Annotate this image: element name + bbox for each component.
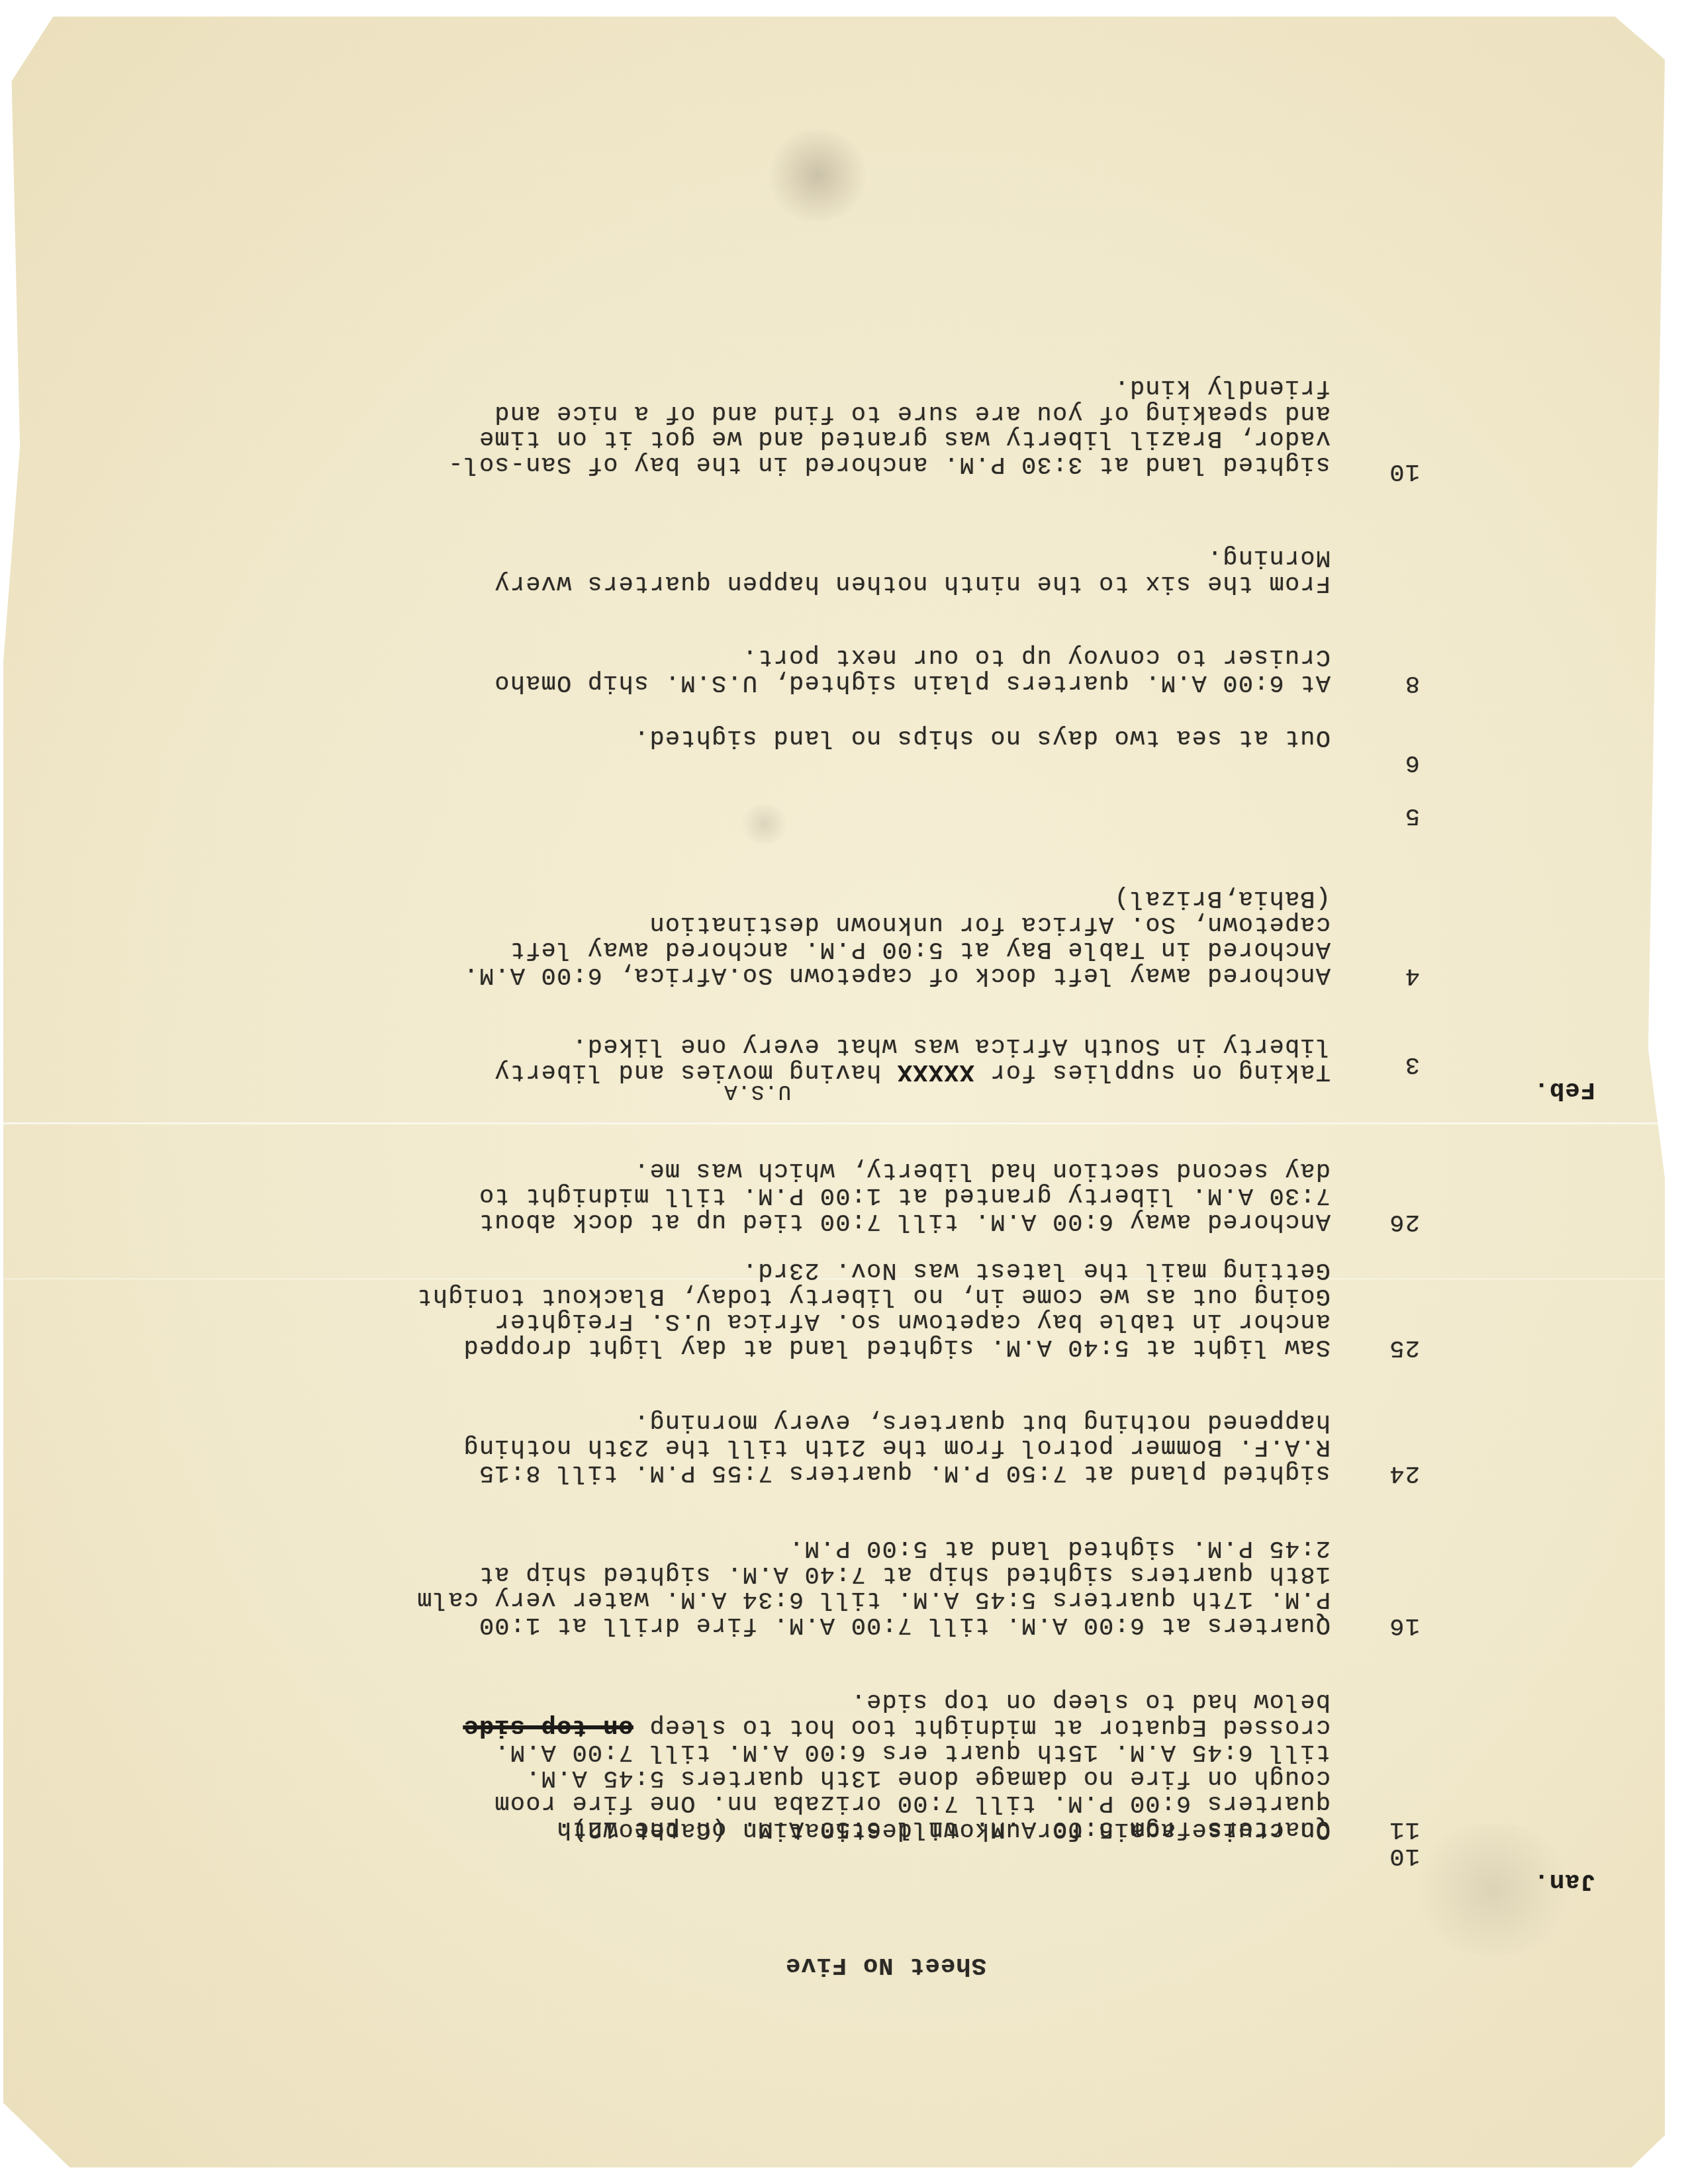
day-label: 6 (1405, 750, 1420, 776)
entry-line: below had to sleep on top side. (850, 1688, 1331, 1714)
entry-line: Cruiser to convoy up to our next port. (742, 644, 1331, 670)
entry-line: day second section had liberty, which wa… (633, 1158, 1331, 1183)
diary-entry-body: Anchored away left dock of capetown So.A… (0, 835, 1688, 987)
entry-line: Getting mail the latest was Nov. 23rd. (742, 1257, 1331, 1283)
diary-entry-body: sighted land at 3:30 P.M. anchored in th… (0, 324, 1688, 477)
entry-line: 7:30 A.M. liberty granted at 1:00 P.M. t… (479, 1183, 1331, 1208)
entry-line: liberty in South Africa was what every o… (571, 1033, 1331, 1059)
entry-line: At 6:00 A.M. quarters plain sighted, U.S… (494, 670, 1331, 696)
entry-line: Going out as we come in, no liberty toda… (416, 1283, 1331, 1309)
overtyped-text: XXXXX (897, 1058, 974, 1085)
day-label: 5 (1405, 803, 1420, 829)
entry-line: Quarters from 5:00 A.M. till 6:50 A.M. o… (556, 1816, 1331, 1842)
entry-line: capetown, So. Africa for unknown destina… (649, 911, 1331, 937)
entry-line: till 6:45 A.M. 15th quart ers 6:00 A.M. … (494, 1739, 1331, 1765)
entry-line: crossed Equator at midnight too hot to s… (463, 1714, 1331, 1740)
entry-line: Anchored away left dock of capetown So.A… (463, 962, 1331, 988)
ink-smudge (765, 129, 870, 222)
struck-text: on top side (463, 1713, 633, 1741)
entry-line: friendly kind. (1113, 375, 1331, 400)
entry-line: vador, Brazil liberty was granted and we… (479, 426, 1331, 451)
entry-line: sighted land at 3:30 P.M. anchored in th… (447, 451, 1331, 477)
entry-line: Morning. (1207, 545, 1331, 570)
entry-line: happened nothing but quarters, every mor… (633, 1409, 1331, 1435)
page-title: Sheet No Five (785, 1952, 986, 1978)
entry-line: P.M. 17th quarters 5:45 A.M. till 6:34 A… (416, 1586, 1331, 1612)
entry-line: (Bahia,Brizal) (1113, 886, 1331, 911)
entry-line: 2:45 P.M. sighted land at 5:00 P.M. (788, 1535, 1331, 1561)
entry-line: Saw light at 5:40 A.M. sighted land at d… (463, 1334, 1331, 1360)
entry-line: anchor in table bay capetown so. Africa … (494, 1308, 1331, 1334)
entry-line: Out at sea two days no ships no land sig… (633, 725, 1331, 751)
entry-line: quarters 6:00 P.M. till 7:00 orizaba nn.… (494, 1790, 1331, 1816)
diary-entry-body: Quarters from 5:00 A.M. till 6:50 A.M. o… (0, 1637, 1688, 1841)
scanned-page-rotated: Sheet No Five Jan. 10 On cruise again fo… (0, 0, 1688, 2184)
entry-line: sighted pland at 7:50 P.M. quarters 7:55… (479, 1460, 1331, 1486)
entry-line: Anchored in Table Bay at 5:00 P.M. ancho… (510, 936, 1331, 962)
entry-line: From the six to the ninth nothen happen … (494, 570, 1331, 596)
entry-line: R.A.F. Bommer potrol from the 21th till … (463, 1434, 1331, 1460)
entry-line: cough on fire no damage done 13th quarte… (525, 1765, 1331, 1791)
entry-line: Anchored away 6:00 A.M. till 7:00 tied u… (479, 1208, 1331, 1234)
entry-line: 18th quarters sighted ship at 7:40 A.M. … (479, 1561, 1331, 1587)
entry-line: Quarters at 6:00 A.M. till 7:00 A.M. fir… (479, 1612, 1331, 1638)
entry-line: and speaking of you are sure to find and… (494, 400, 1331, 426)
entry-line: Taking on supplies for XXXXX having movi… (494, 1059, 1331, 1085)
diary-entry-body: At 6:00 A.M. quarters plain sighted, U.S… (0, 593, 1688, 695)
month-label: Jan. (1533, 1868, 1595, 1894)
